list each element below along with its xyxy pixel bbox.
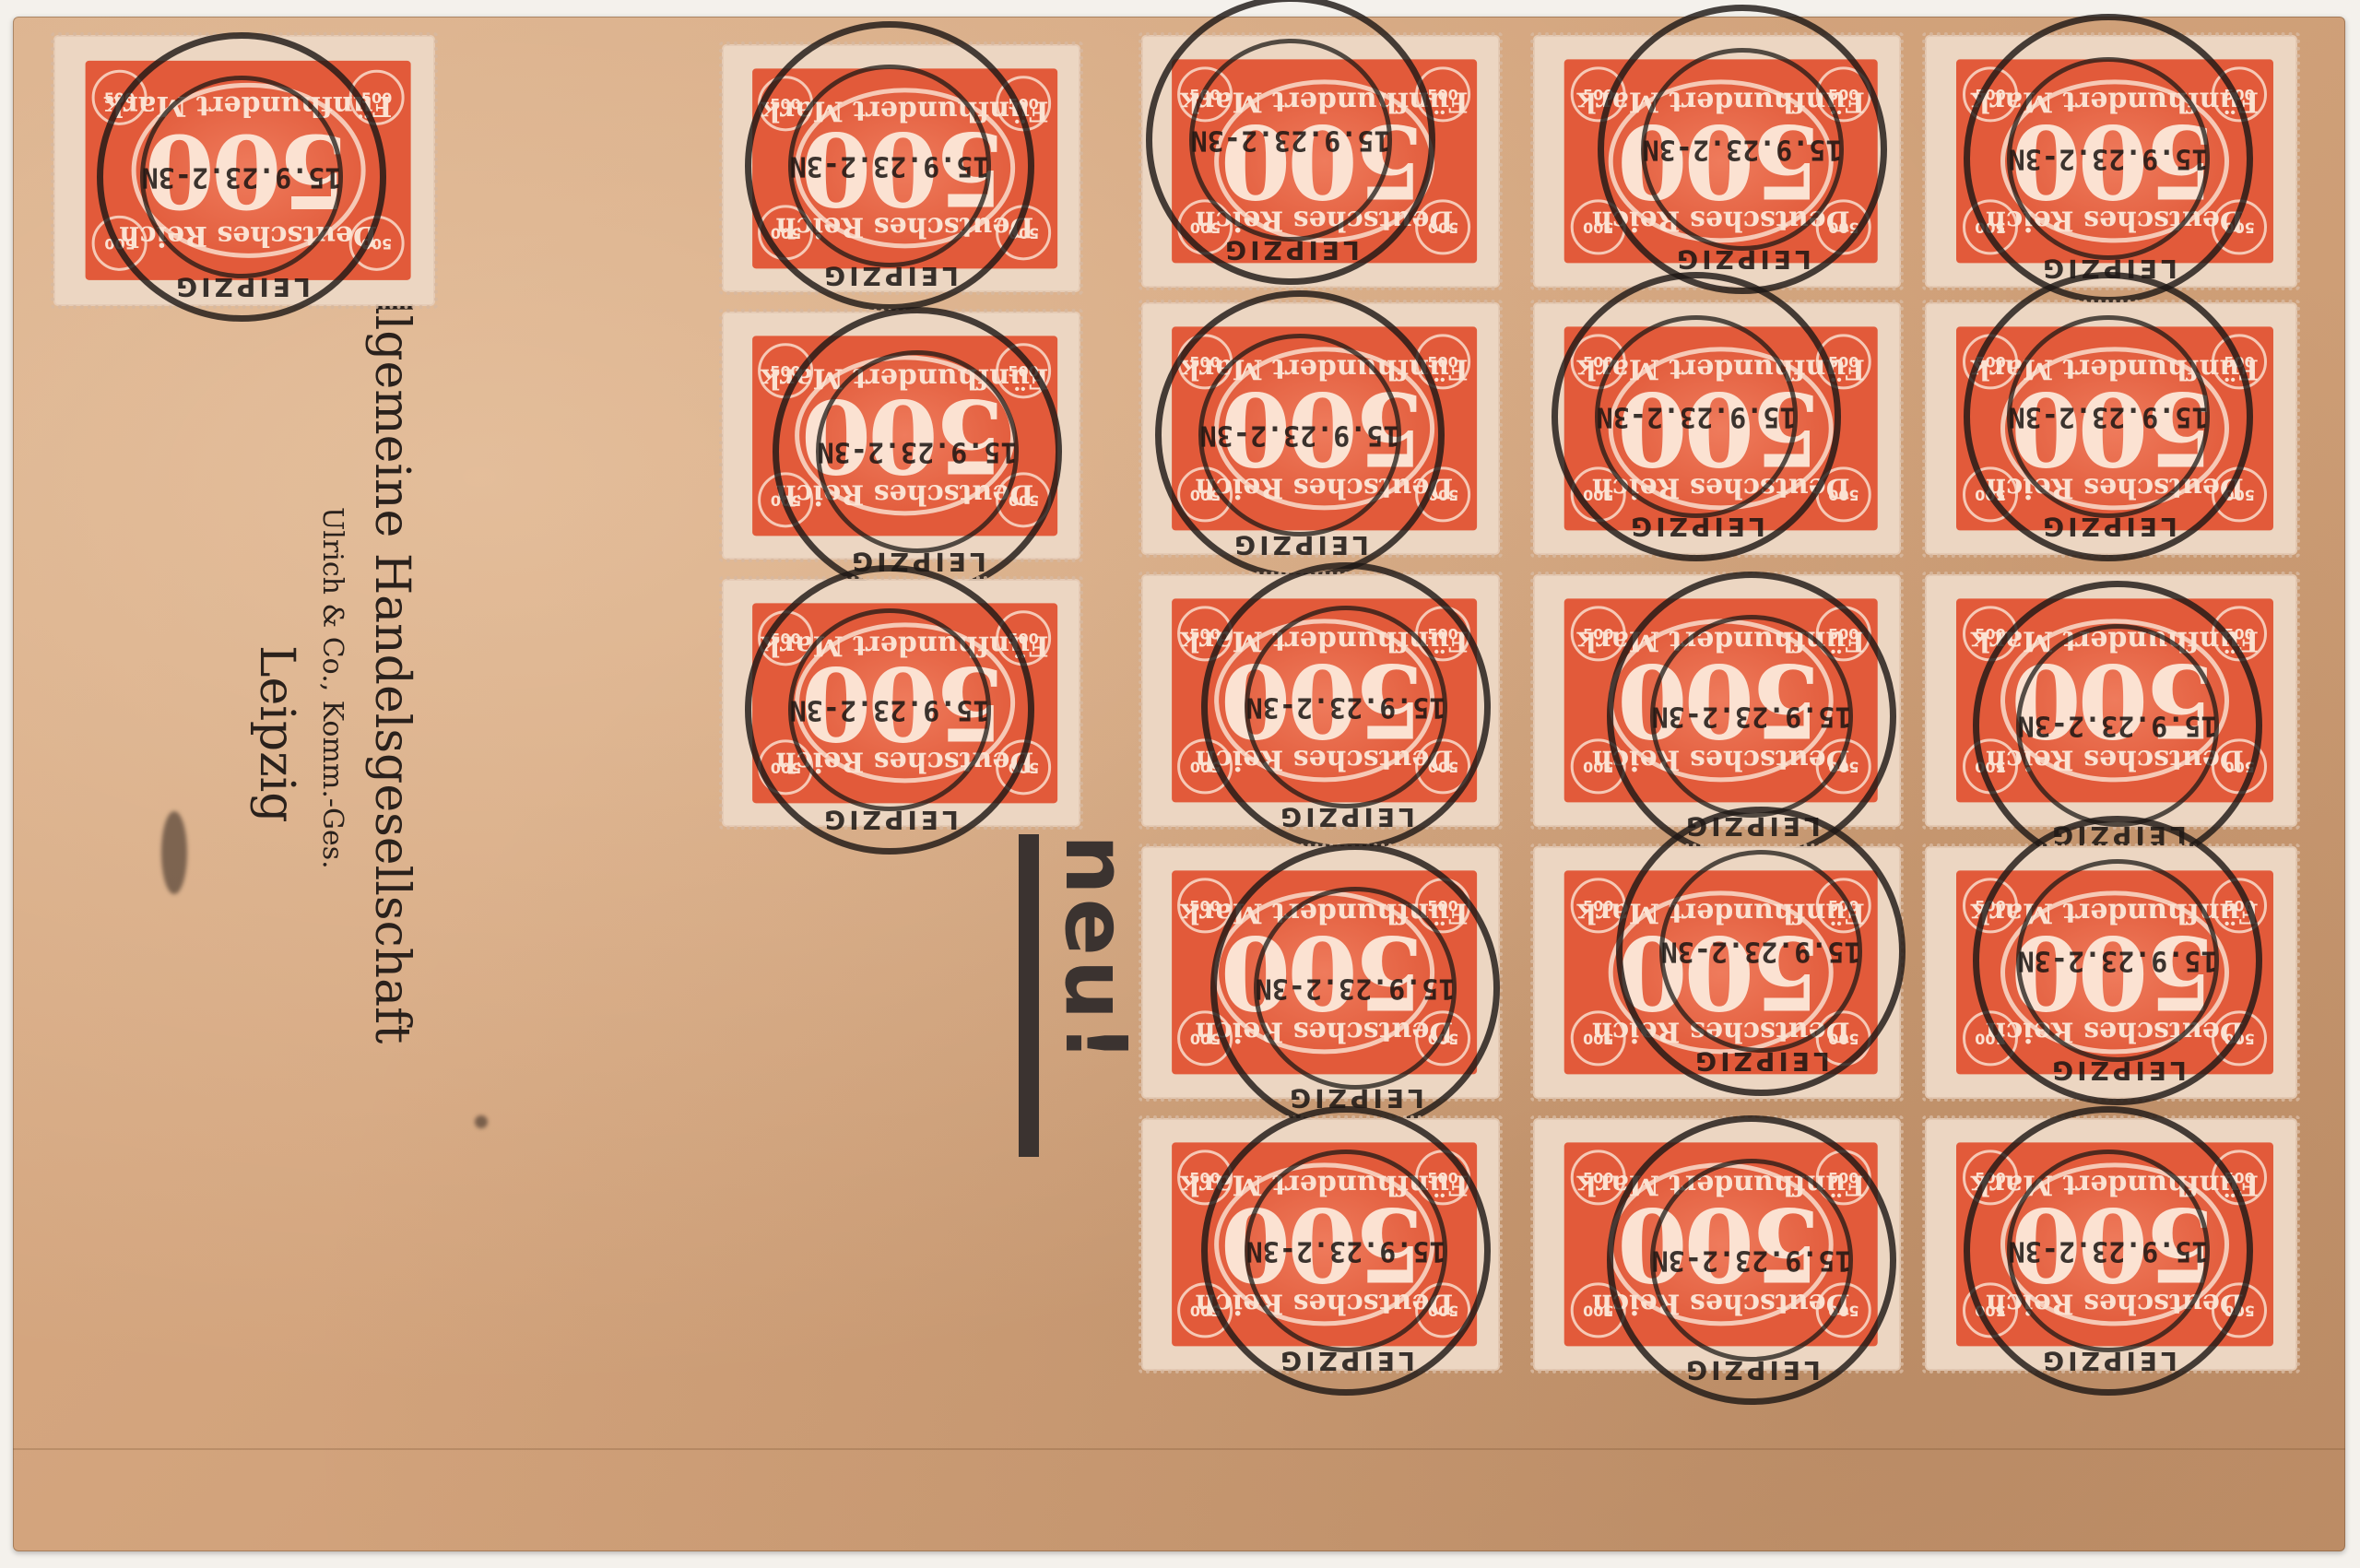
stamp-value: 500 xyxy=(752,118,1057,219)
stamp-bottom-text: Fünfhundert Mark xyxy=(752,94,1057,126)
stamp: 500 500 500 500 Deutsches Reich 500 Fünf… xyxy=(1535,848,1899,1097)
stamp-bottom-text: Fünfhundert Mark xyxy=(1172,353,1477,385)
stamp: 500 500 500 500 Deutsches Reich 500 Fünf… xyxy=(1535,37,1899,286)
stamp-bottom-text: Fünfhundert Mark xyxy=(1172,86,1477,118)
stamp-design: 500 500 500 500 Deutsches Reich 500 Fünf… xyxy=(1956,326,2273,530)
ink-smudge xyxy=(475,1115,488,1128)
stamp-design: 500 500 500 500 Deutsches Reich 500 Fünf… xyxy=(1172,1142,1477,1346)
stamp-value: 500 xyxy=(1172,1194,1477,1295)
stamp-value: 500 xyxy=(1564,111,1878,212)
stamp-value: 500 xyxy=(1956,650,2273,751)
stamp-design: 500 500 500 500 Deutsches Reich 500 Fünf… xyxy=(86,61,411,280)
stamp-design: 500 500 500 500 Deutsches Reich 500 Fünf… xyxy=(1956,870,2273,1074)
stamp-value: 500 xyxy=(1564,922,1878,1023)
stamp-value: 500 xyxy=(1564,378,1878,479)
stamp-value: 500 xyxy=(1172,111,1477,212)
stamp-value: 500 xyxy=(1956,922,2273,1023)
stamp-design: 500 500 500 500 Deutsches Reich 500 Fünf… xyxy=(1564,59,1878,263)
stamp-value: 500 xyxy=(86,120,411,221)
stamp: 500 500 500 500 Deutsches Reich 500 Fünf… xyxy=(724,581,1079,825)
envelope-fold xyxy=(13,1448,2345,1450)
stamp: 500 500 500 500 Deutsches Reich 500 Fünf… xyxy=(1143,848,1498,1097)
stamp-bottom-text: Fünfhundert Mark xyxy=(1956,1169,2273,1201)
stamp: 500 500 500 500 Deutsches Reich 500 Fünf… xyxy=(1143,576,1498,825)
stamp-bottom-text: Fünfhundert Mark xyxy=(1956,86,2273,118)
stamp-design: 500 500 500 500 Deutsches Reich 500 Fünf… xyxy=(1956,1142,2273,1346)
stamp-design: 500 500 500 500 Deutsches Reich 500 Fünf… xyxy=(752,68,1057,268)
stamp-value: 500 xyxy=(1172,922,1477,1023)
stamp: 500 500 500 500 Deutsches Reich 500 Fünf… xyxy=(1535,1120,1899,1369)
stamp: 500 500 500 500 Deutsches Reich 500 Fünf… xyxy=(1535,576,1899,825)
stamp: 500 500 500 500 Deutsches Reich 500 Fünf… xyxy=(1927,304,2295,553)
stamp-bottom-text: Fünfhundert Mark xyxy=(86,89,411,122)
stamp-design: 500 500 500 500 Deutsches Reich 500 Fünf… xyxy=(1564,870,1878,1074)
stamp-design: 500 500 500 500 Deutsches Reich 500 Fünf… xyxy=(1564,326,1878,530)
stamp-value: 500 xyxy=(1172,378,1477,479)
stamp-value: 500 xyxy=(1172,650,1477,751)
stamp-bottom-text: Fünfhundert Mark xyxy=(1564,86,1878,118)
handstamp-bar xyxy=(1019,834,1039,1157)
stamp-value: 500 xyxy=(1956,378,2273,479)
stamp-bottom-text: Fünfhundert Mark xyxy=(1172,625,1477,657)
stamp-value: 500 xyxy=(752,653,1057,754)
sender-city: Leipzig xyxy=(249,645,304,823)
stamp: 500 500 500 500 Deutsches Reich 500 Fünf… xyxy=(55,37,433,304)
stamp: 500 500 500 500 Deutsches Reich 500 Fünf… xyxy=(1927,37,2295,286)
stamp-design: 500 500 500 500 Deutsches Reich 500 Fünf… xyxy=(1956,59,2273,263)
ink-smudge xyxy=(161,811,187,894)
stamp-design: 500 500 500 500 Deutsches Reich 500 Fünf… xyxy=(1172,870,1477,1074)
stamp-bottom-text: Fünfhundert Mark xyxy=(1956,897,2273,929)
stamp-bottom-text: Fünfhundert Mark xyxy=(1172,897,1477,929)
stamp-bottom-text: Fünfhundert Mark xyxy=(1956,625,2273,657)
stamp-design: 500 500 500 500 Deutsches Reich 500 Fünf… xyxy=(1564,598,1878,802)
stamp-bottom-text: Fünfhundert Mark xyxy=(1564,897,1878,929)
stamp-value: 500 xyxy=(752,385,1057,487)
stamp-bottom-text: Fünfhundert Mark xyxy=(1564,1169,1878,1201)
stamp-value: 500 xyxy=(1956,1194,2273,1295)
stamp-bottom-text: Fünfhundert Mark xyxy=(1564,353,1878,385)
handstamp-text: neu! xyxy=(1046,834,1145,1066)
stamp-bottom-text: Fünfhundert Mark xyxy=(1564,625,1878,657)
stamp-design: 500 500 500 500 Deutsches Reich 500 Fünf… xyxy=(1172,59,1477,263)
stamp-bottom-text: Fünfhundert Mark xyxy=(1172,1169,1477,1201)
neu-handstamp: neu! xyxy=(1019,834,1083,1175)
stamp-design: 500 500 500 500 Deutsches Reich 500 Fünf… xyxy=(1172,326,1477,530)
stamp: 500 500 500 500 Deutsches Reich 500 Fünf… xyxy=(1927,848,2295,1097)
stamp-design: 500 500 500 500 Deutsches Reich 500 Fünf… xyxy=(1172,598,1477,802)
stamp: 500 500 500 500 Deutsches Reich 500 Fünf… xyxy=(1535,304,1899,553)
stamp-bottom-text: Fünfhundert Mark xyxy=(752,361,1057,394)
sender-company-name: llgemeine Handelsgesellschaft xyxy=(364,300,419,1043)
stamp: 500 500 500 500 Deutsches Reich 500 Fünf… xyxy=(1143,304,1498,553)
stamp-bottom-text: Fünfhundert Mark xyxy=(752,629,1057,661)
stamp-design: 500 500 500 500 Deutsches Reich 500 Fünf… xyxy=(1564,1142,1878,1346)
stamp-bottom-text: Fünfhundert Mark xyxy=(1956,353,2273,385)
stamp-value: 500 xyxy=(1564,1194,1878,1295)
stamp-design: 500 500 500 500 Deutsches Reich 500 Fünf… xyxy=(752,603,1057,803)
stamp: 500 500 500 500 Deutsches Reich 500 Fünf… xyxy=(1143,1120,1498,1369)
stamp-design: 500 500 500 500 Deutsches Reich 500 Fünf… xyxy=(752,336,1057,536)
stamp: 500 500 500 500 Deutsches Reich 500 Fünf… xyxy=(1927,576,2295,825)
stamp-design: 500 500 500 500 Deutsches Reich 500 Fünf… xyxy=(1956,598,2273,802)
sender-company-subtitle: Ulrich & Co., Komm.-Ges. xyxy=(316,507,348,869)
stamp-value: 500 xyxy=(1956,111,2273,212)
stamp: 500 500 500 500 Deutsches Reich 500 Fünf… xyxy=(724,313,1079,558)
stamp: 500 500 500 500 Deutsches Reich 500 Fünf… xyxy=(1927,1120,2295,1369)
stamp: 500 500 500 500 Deutsches Reich 500 Fünf… xyxy=(1143,37,1498,286)
stamp-value: 500 xyxy=(1564,650,1878,751)
stamp: 500 500 500 500 Deutsches Reich 500 Fünf… xyxy=(724,46,1079,290)
